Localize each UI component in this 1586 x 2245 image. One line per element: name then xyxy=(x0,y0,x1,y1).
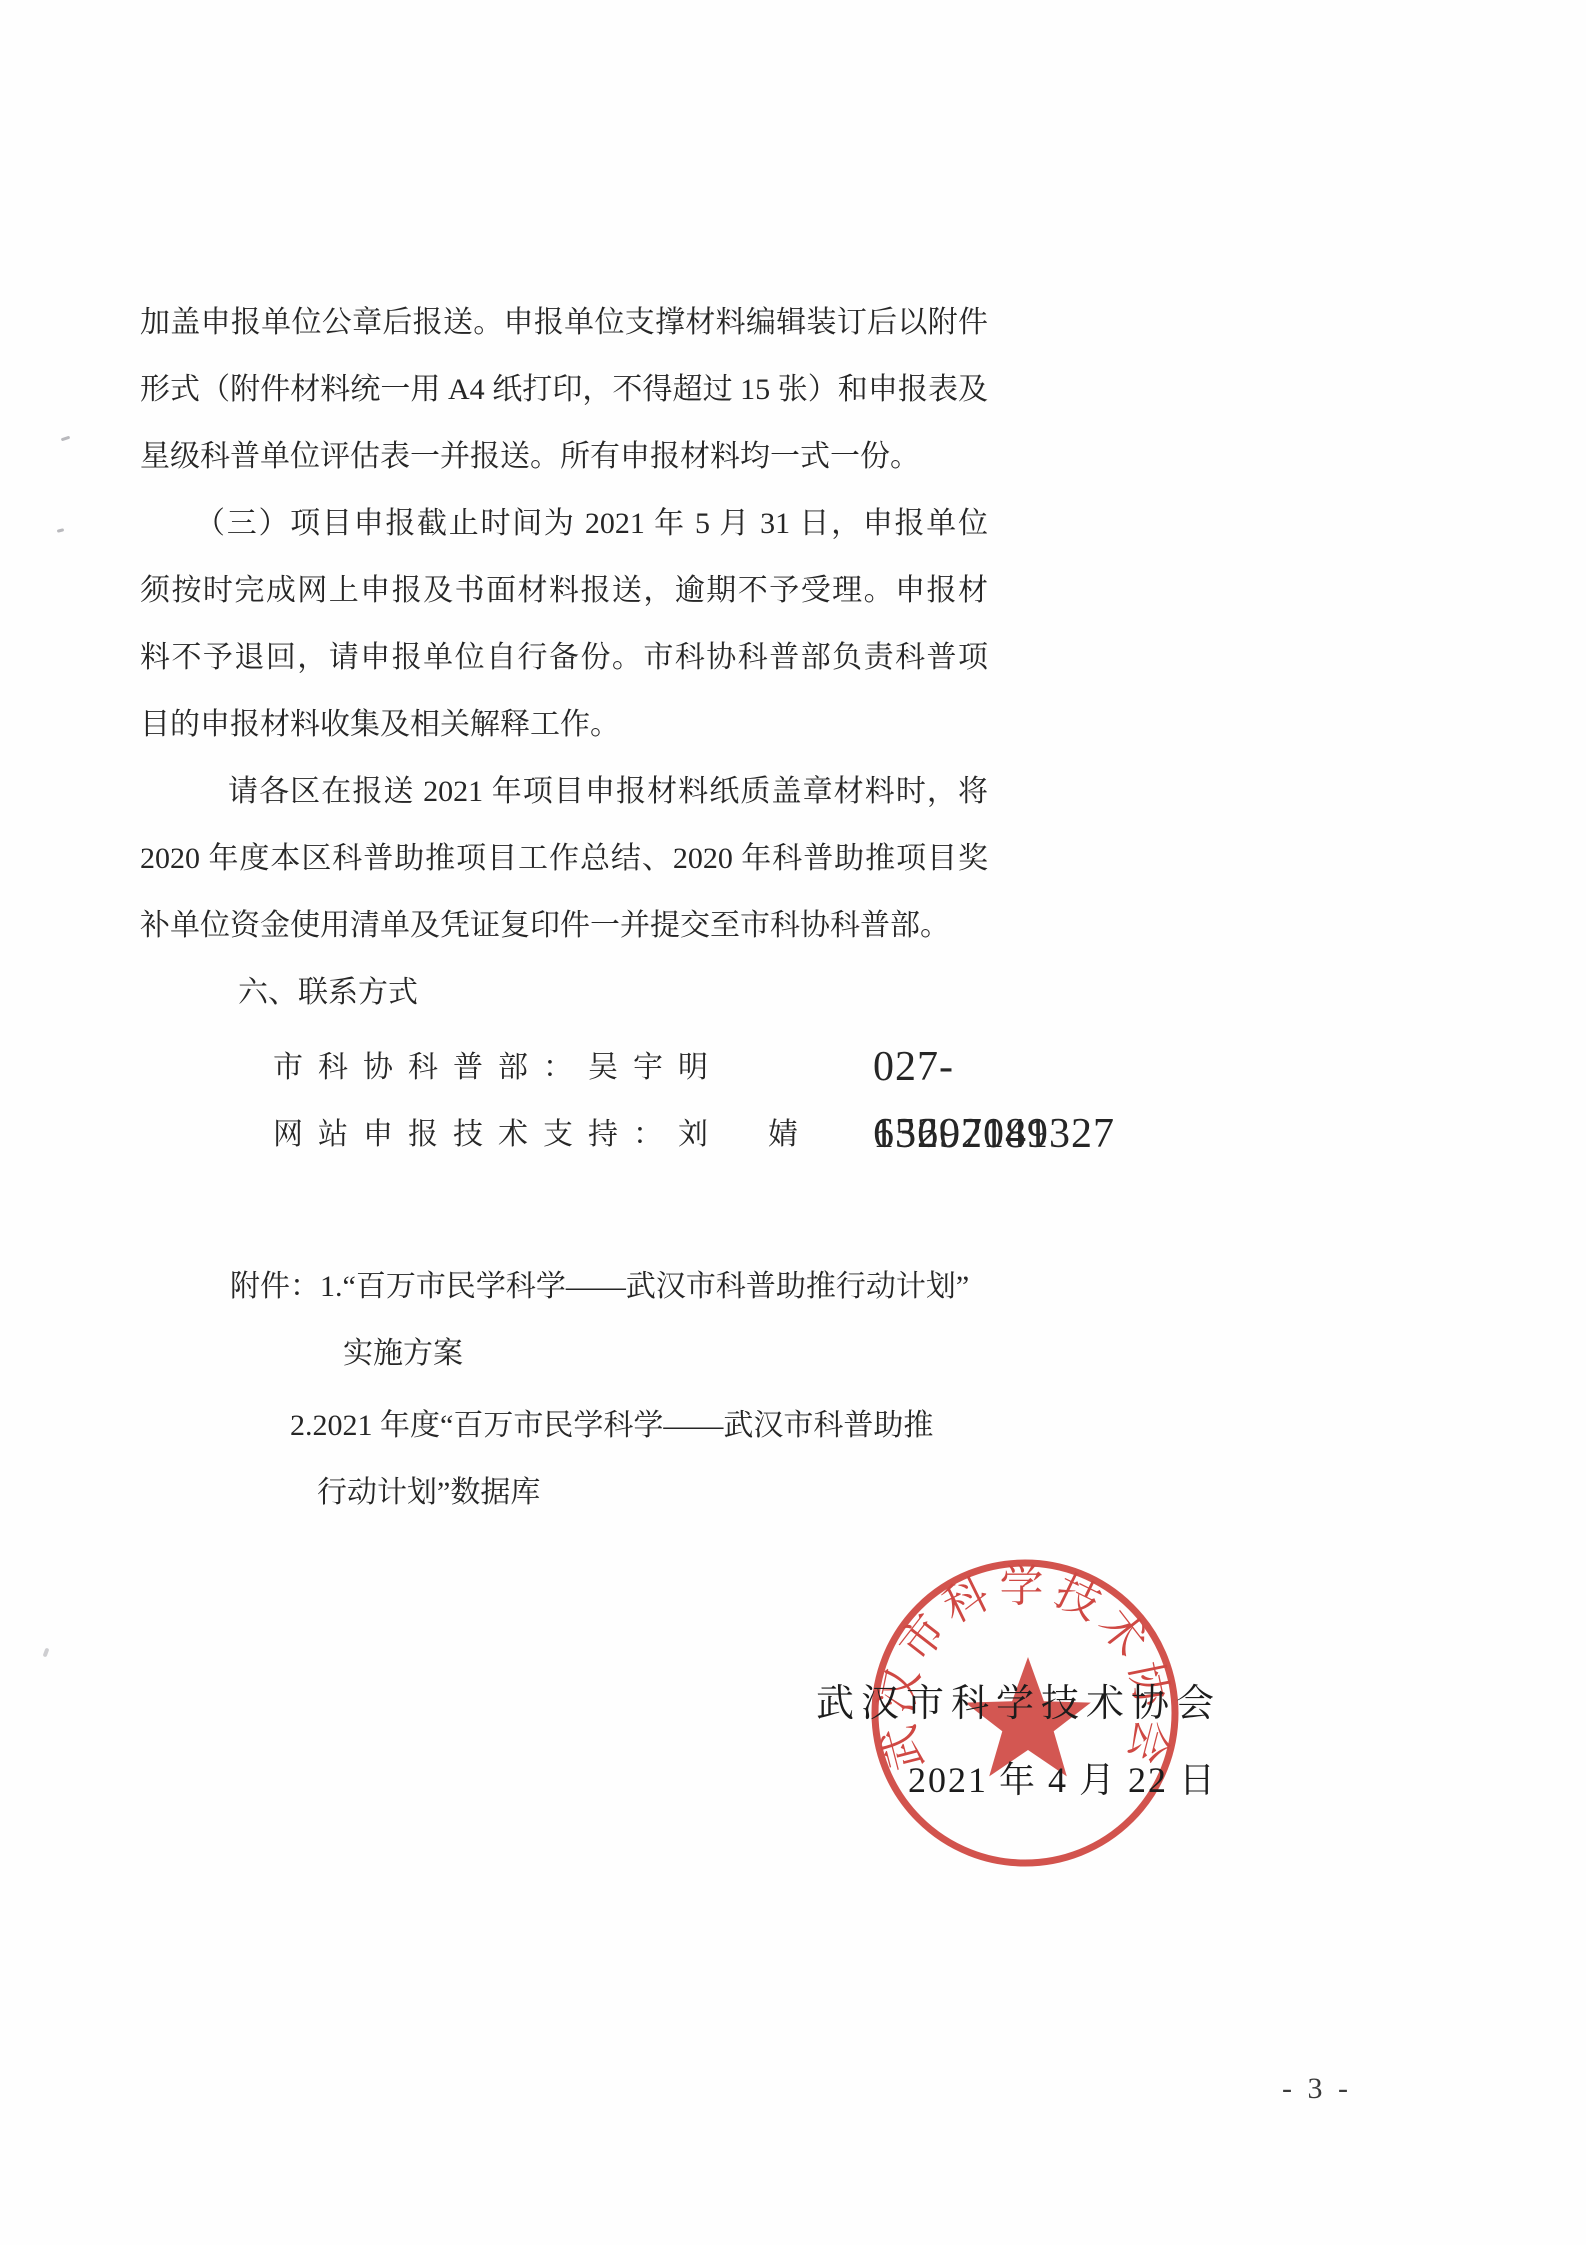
body-line: 形式（附件材料统一用 A4 纸打印，不得超过 15 张）和申报表及 xyxy=(140,356,988,423)
contact-phone: 13207181327 xyxy=(873,1101,1115,1168)
scan-speck xyxy=(57,528,65,533)
body-line: 须按时完成网上申报及书面材料报送，逾期不予受理。申报材 xyxy=(140,557,988,624)
document-page: 加盖申报单位公章后报送。申报单位支撑材料编辑装订后以附件 形式（附件材料统一用 … xyxy=(0,0,1586,2245)
body-text-column: 加盖申报单位公章后报送。申报单位支撑材料编辑装订后以附件 形式（附件材料统一用 … xyxy=(140,289,988,1168)
section-heading-contact: 六、联系方式 xyxy=(140,959,988,1026)
contact-row: 市科协科普部：吴宇明 027-65692049 xyxy=(140,1034,988,1101)
body-line: 请各区在报送 2021 年项目申报材料纸质盖章材料时，将 xyxy=(140,758,988,825)
signature-date: 2021 年 4 月 22 日 xyxy=(908,1752,1217,1803)
page-number: - 3 - xyxy=(1282,2072,1352,2106)
attachment-line: 行动计划”数据库 xyxy=(317,1459,540,1526)
attachment-line: 2.2021 年度“百万市民学科学——武汉市科普助推 xyxy=(290,1392,933,1459)
attachment-line: 实施方案 xyxy=(343,1320,463,1387)
body-line: 补单位资金使用清单及凭证复印件一并提交至市科协科普部。 xyxy=(140,892,988,959)
signature-organization: 武汉市科学技术协会 xyxy=(816,1672,1221,1727)
contact-row: 网站申报技术支持：刘 婧 13207181327 xyxy=(140,1101,988,1168)
body-line: （三）项目申报截止时间为 2021 年 5 月 31 日，申报单位 xyxy=(140,490,988,557)
body-line: 料不予退回，请申报单位自行备份。市科协科普部负责科普项 xyxy=(140,624,988,691)
body-line: 星级科普单位评估表一并报送。所有申报材料均一式一份。 xyxy=(140,423,988,490)
scan-speck xyxy=(61,436,70,442)
attachment-line: 附件：1.“百万市民学科学——武汉市科普助推行动计划” xyxy=(230,1253,969,1320)
body-line: 2020 年度本区科普助推项目工作总结、2020 年科普助推项目奖 xyxy=(140,825,988,892)
contact-label: 市科协科普部：吴宇明 xyxy=(273,1034,723,1101)
body-line: 加盖申报单位公章后报送。申报单位支撑材料编辑装订后以附件 xyxy=(140,289,988,356)
scan-speck xyxy=(43,1648,50,1658)
contact-label: 网站申报技术支持：刘 婧 xyxy=(273,1101,813,1168)
body-line: 目的申报材料收集及相关解释工作。 xyxy=(140,691,988,758)
